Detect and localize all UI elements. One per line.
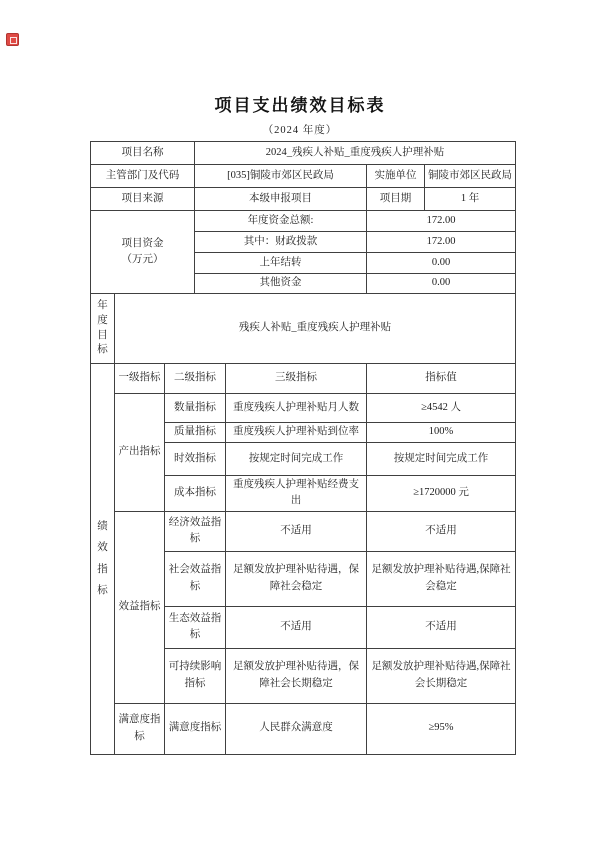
indicator-level2: 社会效益指标	[165, 551, 226, 606]
indicator-value: 100%	[367, 423, 516, 443]
impl-unit-label: 实施单位	[367, 165, 425, 188]
image-placeholder-icon	[6, 33, 19, 46]
funds-fiscal-value: 172.00	[367, 232, 516, 253]
dept-value: [035]铜陵市郊区民政局	[195, 165, 367, 188]
source-value: 本级申报项目	[195, 188, 367, 211]
indicator-value: 不适用	[367, 606, 516, 648]
header-level1: 一级指标	[115, 364, 165, 394]
table-row: 主管部门及代码 [035]铜陵市郊区民政局 实施单位 铜陵市郊区民政局	[91, 165, 516, 188]
indicator-value: ≥1720000 元	[367, 476, 516, 512]
indicator-value: ≥4542 人	[367, 394, 516, 423]
indicator-level3: 足额发放护理补贴待遇，保障社会长期稳定	[226, 648, 367, 703]
indicator-level2: 满意度指标	[165, 703, 226, 754]
dept-label: 主管部门及代码	[91, 165, 195, 188]
table-row: 满意度指标 满意度指标 人民群众满意度 ≥95%	[91, 703, 516, 754]
funds-fiscal-label: 其中：财政拨款	[195, 232, 367, 253]
project-name-value: 2024_残疾人补贴_重度残疾人护理补贴	[195, 142, 516, 165]
group-satisfaction-label: 满意度指标	[115, 703, 165, 754]
indicator-value: 足额发放护理补贴待遇,保障社会长期稳定	[367, 648, 516, 703]
funds-other-value: 0.00	[367, 274, 516, 294]
indicator-level2: 数量指标	[165, 394, 226, 423]
annual-goal-value: 残疾人补贴_重度残疾人护理补贴	[115, 294, 516, 364]
table-row: 绩效指标 一级指标 二级指标 三级指标 指标值	[91, 364, 516, 394]
table-row: 效益指标 经济效益指标 不适用 不适用	[91, 511, 516, 551]
indicator-level3: 不适用	[226, 606, 367, 648]
funds-carryover-value: 0.00	[367, 253, 516, 274]
funds-label: 项目资金 （万元）	[91, 211, 195, 294]
indicator-level3: 不适用	[226, 511, 367, 551]
indicator-level2: 成本指标	[165, 476, 226, 512]
performance-indicators-label: 绩效指标	[91, 364, 115, 755]
indicator-value: ≥95%	[367, 703, 516, 754]
header-level3: 三级指标	[226, 364, 367, 394]
indicator-level3: 人民群众满意度	[226, 703, 367, 754]
impl-unit-value: 铜陵市郊区民政局	[425, 165, 516, 188]
indicator-level3: 足额发放护理补贴待遇，保障社会稳定	[226, 551, 367, 606]
project-name-label: 项目名称	[91, 142, 195, 165]
table-row: 年度目标 残疾人补贴_重度残疾人护理补贴	[91, 294, 516, 364]
group-output-label: 产出指标	[115, 394, 165, 512]
table-row: 产出指标 数量指标 重度残疾人护理补贴月人数 ≥4542 人	[91, 394, 516, 423]
table-row: 项目名称 2024_残疾人补贴_重度残疾人护理补贴	[91, 142, 516, 165]
annual-goal-label: 年度目标	[91, 294, 115, 364]
table-row: 项目资金 （万元） 年度资金总额: 172.00	[91, 211, 516, 232]
page-title: 项目支出绩效目标表	[0, 91, 600, 116]
indicator-level2: 质量指标	[165, 423, 226, 443]
indicator-level2: 可持续影响指标	[165, 648, 226, 703]
indicator-level2: 时效指标	[165, 443, 226, 476]
indicator-level2: 生态效益指标	[165, 606, 226, 648]
funds-total-value: 172.00	[367, 211, 516, 232]
funds-other-label: 其他资金	[195, 274, 367, 294]
funds-label-line1: 项目资金	[93, 236, 192, 252]
indicator-value: 按规定时间完成工作	[367, 443, 516, 476]
period-label: 项目期	[367, 188, 425, 211]
page-subtitle: （2024 年度）	[0, 122, 600, 137]
indicator-level3: 重度残疾人护理补贴经费支出	[226, 476, 367, 512]
header-level2: 二级指标	[165, 364, 226, 394]
indicator-level3: 重度残疾人护理补贴到位率	[226, 423, 367, 443]
performance-target-table: 项目名称 2024_残疾人补贴_重度残疾人护理补贴 主管部门及代码 [035]铜…	[90, 141, 516, 755]
indicator-level3: 按规定时间完成工作	[226, 443, 367, 476]
group-benefit-label: 效益指标	[115, 511, 165, 703]
header-value: 指标值	[367, 364, 516, 394]
funds-carryover-label: 上年结转	[195, 253, 367, 274]
funds-label-line2: （万元）	[93, 252, 192, 268]
image-placeholder-inner	[10, 37, 17, 44]
indicator-level3: 重度残疾人护理补贴月人数	[226, 394, 367, 423]
document-page: 项目支出绩效目标表 （2024 年度） 项目名称 2024_残疾人补贴_重度残疾…	[0, 0, 600, 849]
indicator-level2: 经济效益指标	[165, 511, 226, 551]
table-row: 项目来源 本级申报项目 项目期 1 年	[91, 188, 516, 211]
indicator-value: 足额发放护理补贴待遇,保障社会稳定	[367, 551, 516, 606]
period-value: 1 年	[425, 188, 516, 211]
funds-total-label: 年度资金总额:	[195, 211, 367, 232]
indicator-value: 不适用	[367, 511, 516, 551]
source-label: 项目来源	[91, 188, 195, 211]
